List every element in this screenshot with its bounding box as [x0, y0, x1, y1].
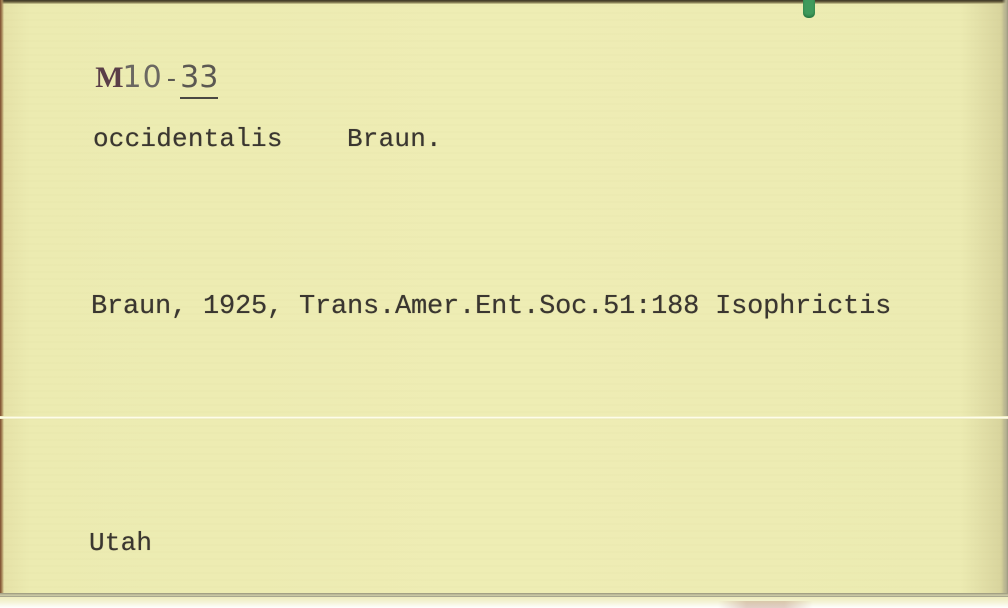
catalog-card: M10-33 occidentalis Braun. Braun, 1925, … — [0, 0, 1008, 608]
card-top-edge — [0, 0, 1008, 4]
card-left-edge — [0, 0, 4, 608]
accession-series: 10 — [123, 60, 163, 95]
species-author: Braun. — [347, 124, 442, 154]
card-bottom-strip — [0, 597, 1008, 608]
card-right-edge — [1002, 0, 1008, 608]
accession-suffix: 33 — [180, 60, 218, 99]
accession-separator: - — [167, 64, 176, 94]
bottom-smudge-mark — [718, 601, 813, 608]
accession-prefix: M — [95, 61, 122, 94]
accession-number: M10-33 — [16, 18, 218, 139]
species-name: occidentalis — [93, 124, 283, 154]
green-tab-marker — [803, 0, 815, 18]
locality: Utah — [89, 528, 152, 558]
citation-line: Braun, 1925, Trans.Amer.Ent.Soc.51:188 I… — [91, 292, 891, 322]
card-crease-line — [0, 416, 1008, 419]
